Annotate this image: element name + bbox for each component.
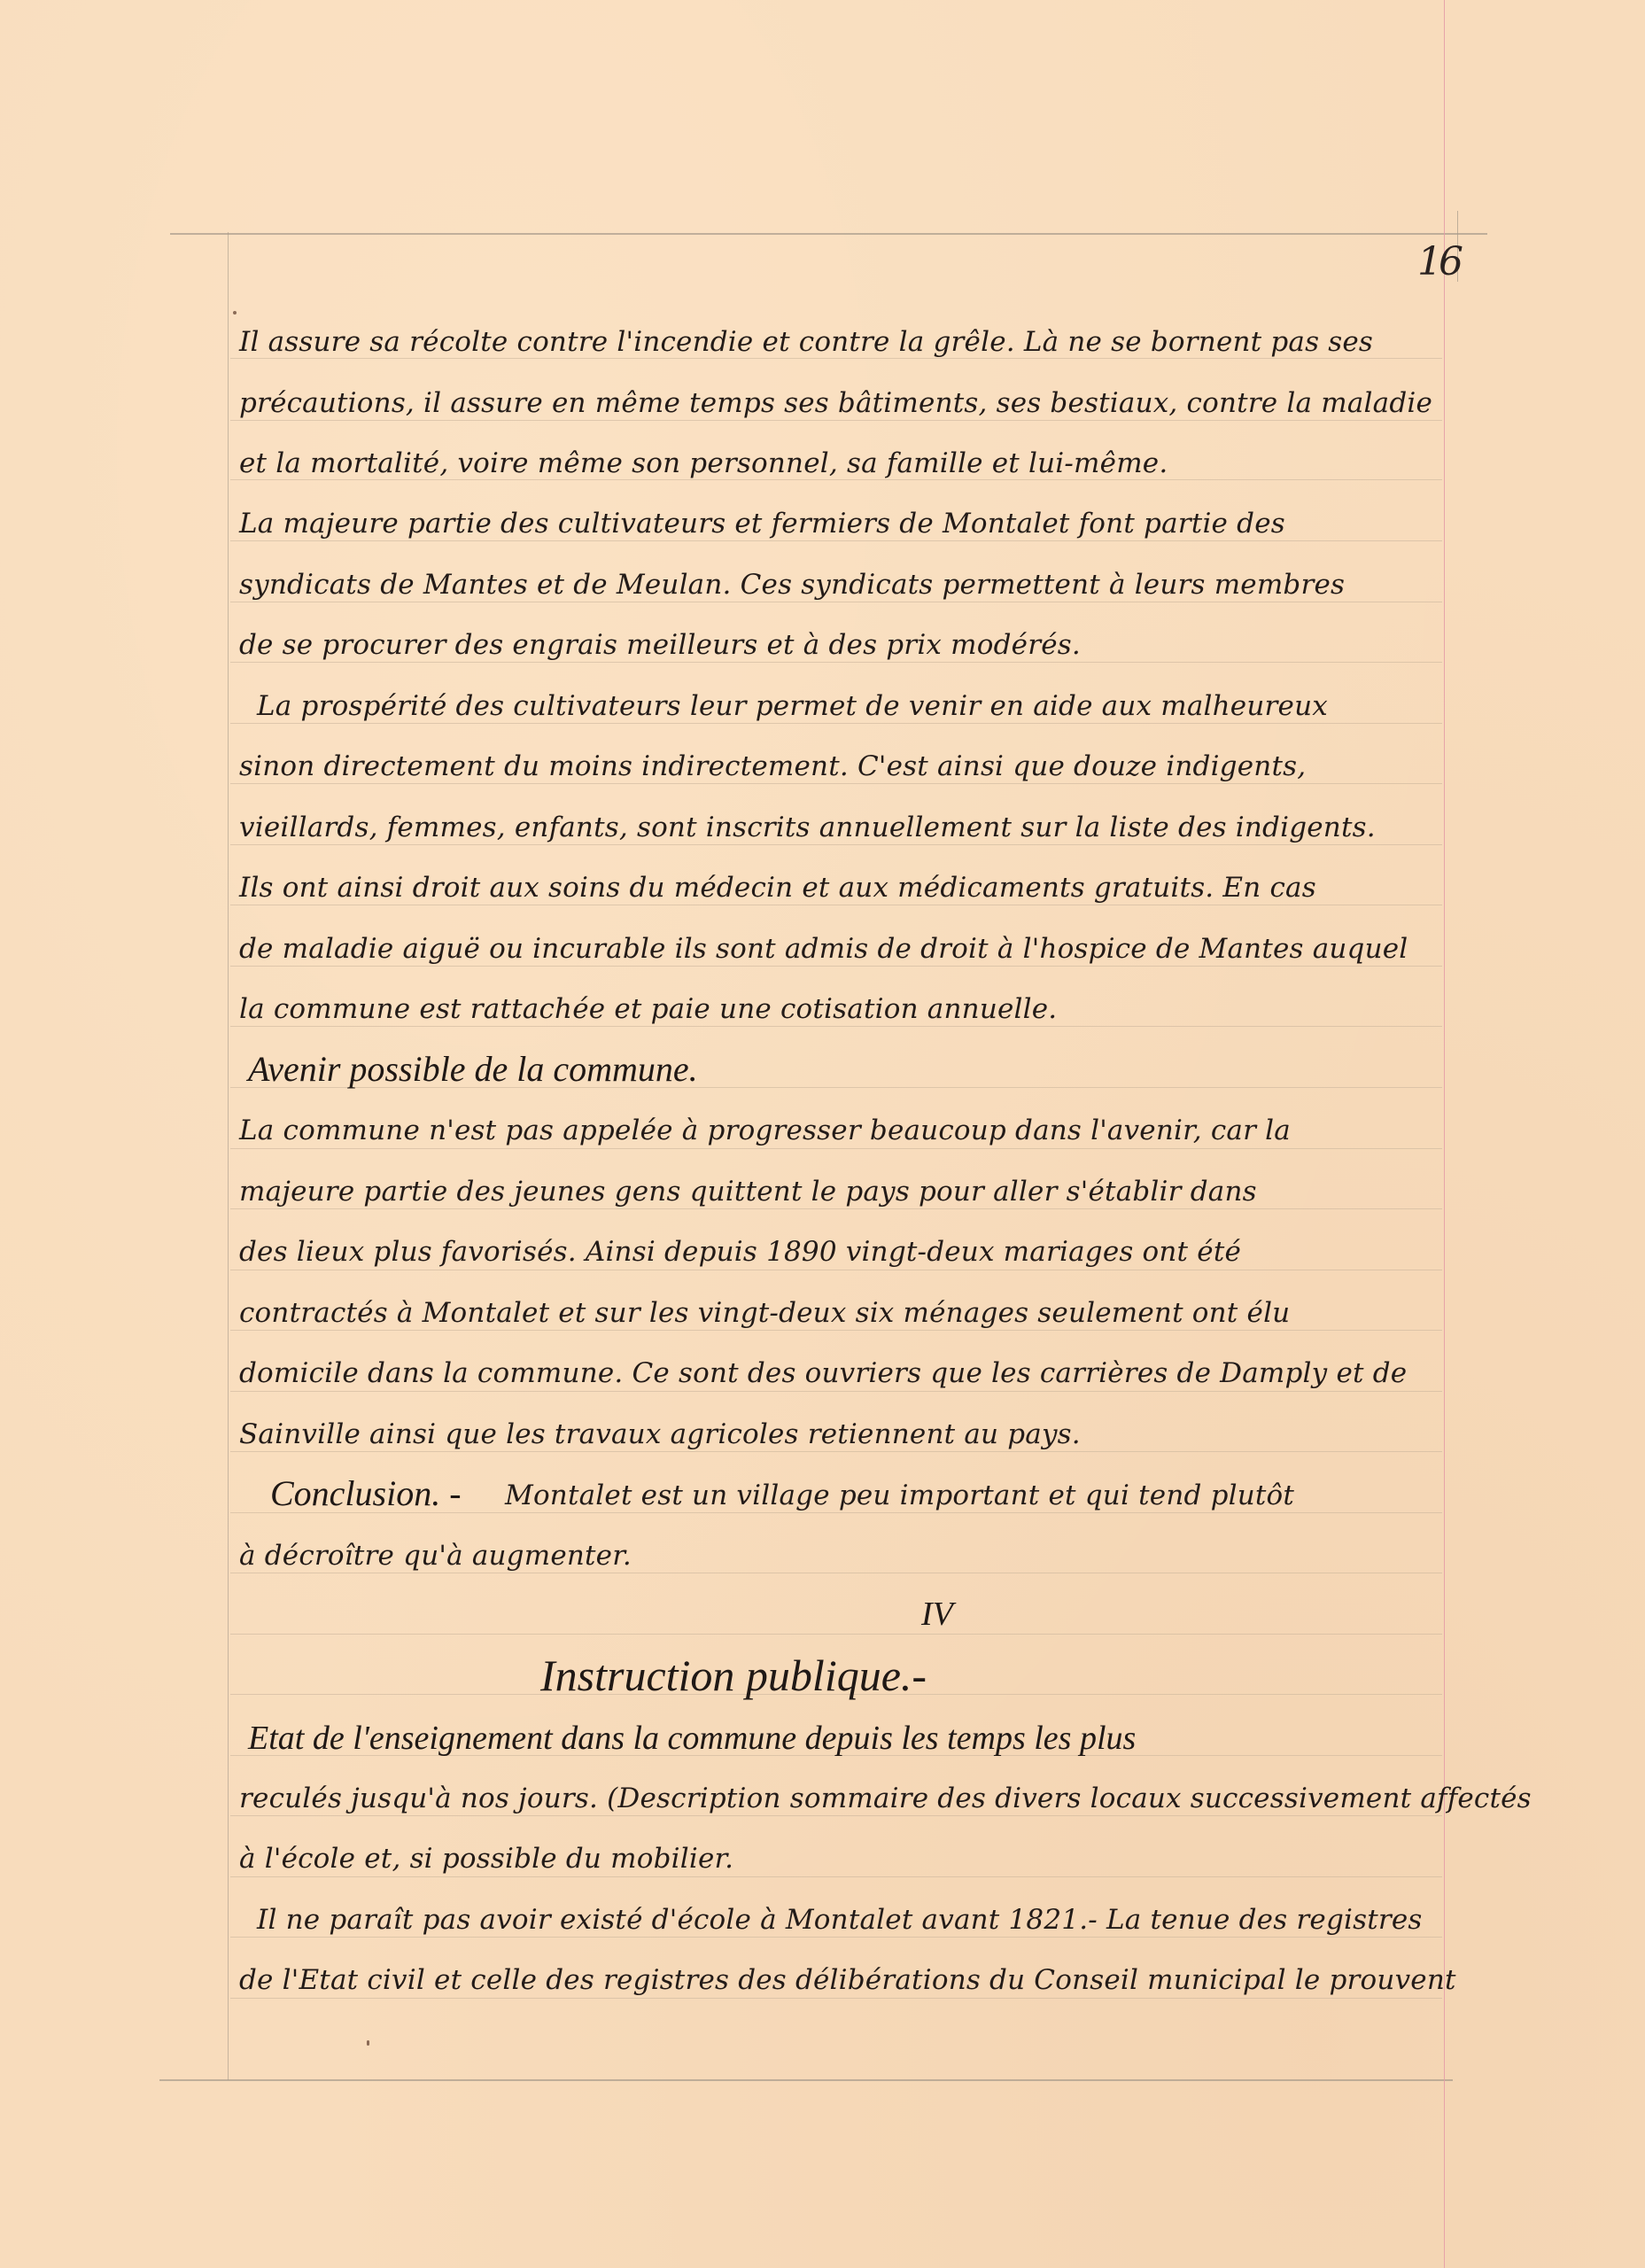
text-line: Sainville ainsi que les travaux agricole… (239, 1418, 1081, 1450)
text-line: syndicats de Mantes et de Meulan. Ces sy… (239, 569, 1345, 601)
ruled-line (230, 540, 1442, 541)
ruled-line (230, 358, 1442, 359)
ruled-line (230, 905, 1442, 905)
text-line: et la mortalité, voire même son personne… (239, 447, 1168, 479)
text-line: sinon directement du moins indirectement… (239, 750, 1306, 782)
text-line: de maladie aiguë ou incurable ils sont a… (239, 933, 1408, 965)
ruled-line (230, 783, 1442, 784)
ruled-line (230, 1026, 1442, 1027)
ruled-line (230, 1391, 1442, 1392)
ruled-line (230, 662, 1442, 663)
pencil-frame-bottom (159, 2079, 1453, 2081)
text-line: contractés à Montalet et sur les vingt-d… (239, 1297, 1290, 1329)
conclusion-label: Conclusion. - (270, 1472, 462, 1514)
ruled-line (230, 1573, 1442, 1573)
text-line: majeure partie des jeunes gens quittent … (239, 1176, 1257, 1208)
text-line: de se procurer des engrais meilleurs et … (239, 629, 1081, 661)
ruled-line (230, 844, 1442, 845)
ink-speck (233, 311, 237, 315)
text-line: Il ne paraît pas avoir existé d'école à … (257, 1904, 1423, 1936)
ruled-line (230, 1270, 1442, 1270)
text-line: La commune n'est pas appelée à progresse… (239, 1115, 1291, 1146)
ruled-line (230, 602, 1442, 602)
section-subtitle-line: Etat de l'enseignement dans la commune d… (248, 1719, 1136, 1758)
ruled-line (230, 1876, 1442, 1877)
pink-margin-rule (1444, 0, 1445, 2268)
ruled-line (230, 1634, 1442, 1635)
ruled-line (230, 723, 1442, 724)
ruled-line (230, 1148, 1442, 1149)
text-line: Montalet est un village peu important et… (505, 1480, 1294, 1511)
manuscript-page: 16 Il assure sa récolte contre l'incendi… (0, 0, 1645, 2268)
text-line: vieillards, femmes, enfants, sont inscri… (239, 812, 1376, 843)
ruled-line (230, 1330, 1442, 1331)
ruled-line (230, 1208, 1442, 1209)
ruled-line (230, 479, 1442, 480)
ruled-line (230, 1451, 1442, 1452)
section-number: IV (921, 1595, 953, 1634)
text-line: La majeure partie des cultivateurs et fe… (239, 508, 1285, 540)
text-line: précautions, il assure en même temps ses… (239, 387, 1432, 419)
section-subtitle-line: reculés jusqu'à nos jours. (Description … (239, 1783, 1532, 1814)
section-title: Instruction publique.- (540, 1650, 927, 1701)
text-line: la commune est rattachée et paie une cot… (239, 993, 1057, 1025)
text-line: à décroître qu'à augmenter. (239, 1540, 632, 1572)
text-line: de l'Etat civil et celle des registres d… (239, 1964, 1456, 1996)
ruled-line (230, 1815, 1442, 1816)
ruled-line (230, 1937, 1442, 1938)
pencil-frame-top (170, 233, 1487, 235)
pencil-frame-left (228, 232, 229, 2080)
page-number: 16 (1417, 239, 1460, 284)
section-subtitle-line: à l'école et, si possible du mobilier. (239, 1843, 733, 1875)
ruled-line (230, 1998, 1442, 1999)
heading-avenir-possible: Avenir possible de la commune. (248, 1048, 698, 1090)
ruled-line (230, 966, 1442, 967)
text-line: des lieux plus favorisés. Ainsi depuis 1… (239, 1236, 1241, 1268)
text-line: domicile dans la commune. Ce sont des ou… (239, 1357, 1407, 1389)
text-line: La prospérité des cultivateurs leur perm… (257, 690, 1328, 722)
text-line: Il assure sa récolte contre l'incendie e… (239, 326, 1373, 358)
ruled-line (230, 420, 1442, 421)
ink-speck (367, 2040, 369, 2046)
text-line: Ils ont ainsi droit aux soins du médecin… (239, 872, 1316, 904)
